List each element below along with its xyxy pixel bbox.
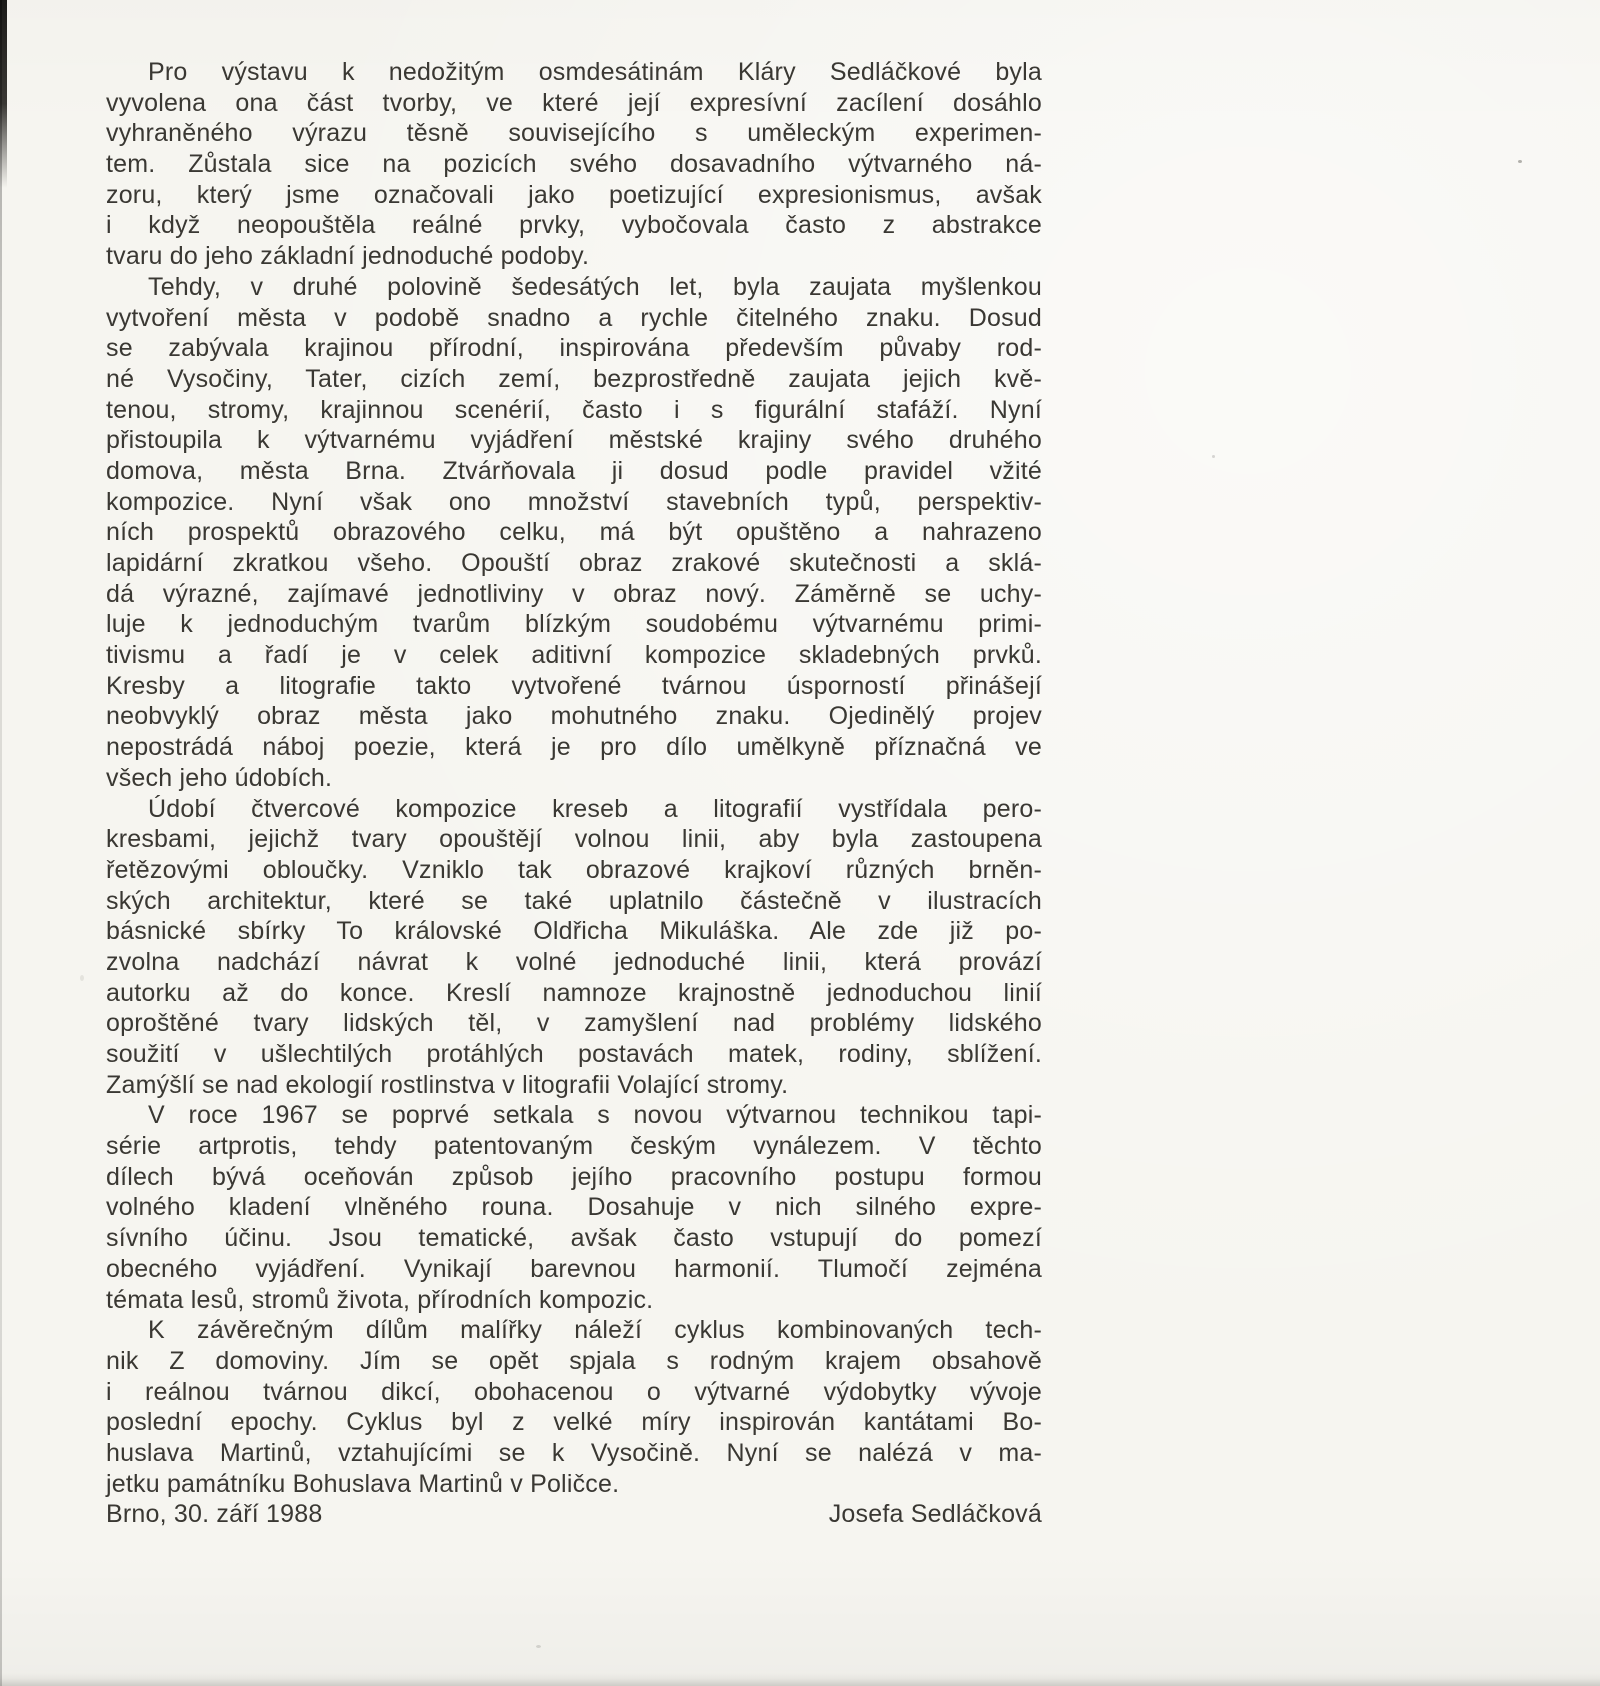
text-line: lapidární zkratkou všeho. Opouští obraz … xyxy=(106,548,1042,579)
text-line: tvaru do jeho základní jednoduché podoby… xyxy=(106,241,1042,272)
text-line: Údobí čtvercové kompozice kreseb a litog… xyxy=(106,794,1042,825)
text-line: vytvoření města v podobě snadno a rychle… xyxy=(106,303,1042,334)
paragraph: K závěrečným dílům malířky náleží cyklus… xyxy=(106,1315,1042,1499)
text-line: i reálnou tvárnou dikcí, obohacenou o vý… xyxy=(106,1377,1042,1408)
text-line: oproštěné tvary lidských těl, v zamyšlen… xyxy=(106,1008,1042,1039)
text-line: básnické sbírky To královské Oldřicha Mi… xyxy=(106,916,1042,947)
text-line: sívního účinu. Jsou tematické, avšak čas… xyxy=(106,1223,1042,1254)
text-line: K závěrečným dílům malířky náleží cyklus… xyxy=(106,1315,1042,1346)
paragraph: Údobí čtvercové kompozice kreseb a litog… xyxy=(106,794,1042,1101)
signature: Josefa Sedláčková xyxy=(829,1499,1042,1530)
text-line: dá výrazné, zajímavé jednotliviny v obra… xyxy=(106,579,1042,610)
text-line: poslední epochy. Cyklus byl z velké míry… xyxy=(106,1407,1042,1438)
text-line: přistoupila k výtvarnému vyjádření městs… xyxy=(106,425,1042,456)
text-line: řetězovými obloučky. Vzniklo tak obrazov… xyxy=(106,855,1042,886)
text-line: série artprotis, tehdy patentovaným česk… xyxy=(106,1131,1042,1162)
text-line: témata lesů, stromů života, přírodních k… xyxy=(106,1285,1042,1316)
text-line: ních prospektů obrazového celku, má být … xyxy=(106,517,1042,548)
paragraph: Tehdy, v druhé polovině šedesátých let, … xyxy=(106,272,1042,794)
text-line: Pro výstavu k nedožitým osmdesátinám Klá… xyxy=(106,57,1042,88)
text-line: Kresby a litografie takto vytvořené tvár… xyxy=(106,671,1042,702)
text-line: volného kladení vlněného rouna. Dosahuje… xyxy=(106,1192,1042,1223)
text-line: nik Z domoviny. Jím se opět spjala s rod… xyxy=(106,1346,1042,1377)
text-line: huslava Martinů, vztahujícími se k Vysoč… xyxy=(106,1438,1042,1469)
paper-speck xyxy=(536,1645,541,1648)
paper-speck xyxy=(80,975,84,981)
scan-left-edge-line xyxy=(0,0,2,1686)
paragraph: V roce 1967 se poprvé setkala s novou vý… xyxy=(106,1100,1042,1315)
text-line: tivismu a řadí je v celek aditivní kompo… xyxy=(106,640,1042,671)
text-line: všech jeho údobích. xyxy=(106,763,1042,794)
text-line: i když neopouštěla reálné prvky, vybočov… xyxy=(106,210,1042,241)
text-line: se zabývala krajinou přírodní, inspirová… xyxy=(106,333,1042,364)
text-line: domova, města Brna. Ztvárňovala ji dosud… xyxy=(106,456,1042,487)
text-line: ských architektur, které se také uplatni… xyxy=(106,886,1042,917)
scanned-page: { "page": { "paper_color": "#f6f5f0", "i… xyxy=(0,0,1600,1686)
footer-line: Brno, 30. září 1988 Josefa Sedláčková xyxy=(106,1499,1042,1530)
scan-bottom-edge-shadow xyxy=(0,1673,1600,1686)
text-line: vyvolena ona část tvorby, ve které její … xyxy=(106,88,1042,119)
text-line: tem. Zůstala sice na pozicích svého dosa… xyxy=(106,149,1042,180)
text-line: vyhraněného výrazu těsně souvisejícího s… xyxy=(106,118,1042,149)
text-line: luje k jednoduchým tvarům blízkým soudob… xyxy=(106,609,1042,640)
text-line: jetku památníku Bohuslava Martinů v Poli… xyxy=(106,1469,1042,1500)
paper-speck xyxy=(1212,455,1215,458)
paragraph: Pro výstavu k nedožitým osmdesátinám Klá… xyxy=(106,57,1042,272)
text-line: né Vysočiny, Tater, cizích zemí, bezpros… xyxy=(106,364,1042,395)
text-line: nepostrádá náboj poezie, která je pro dí… xyxy=(106,732,1042,763)
text-line: Zamýšlí se nad ekologií rostlinstva v li… xyxy=(106,1070,1042,1101)
text-line: zoru, který jsme označovali jako poetizu… xyxy=(106,180,1042,211)
text-line: zvolna nadchází návrat k volné jednoduch… xyxy=(106,947,1042,978)
text-line: obecného vyjádření. Vynikají barevnou ha… xyxy=(106,1254,1042,1285)
text-line: soužití v ušlechtilých protáhlých postav… xyxy=(106,1039,1042,1070)
text-line: dílech bývá oceňován způsob jejího praco… xyxy=(106,1162,1042,1193)
text-line: kresbami, jejichž tvary opouštějí volnou… xyxy=(106,824,1042,855)
text-line: neobvyklý obraz města jako mohutného zna… xyxy=(106,701,1042,732)
text-block: Pro výstavu k nedožitým osmdesátinám Klá… xyxy=(106,57,1042,1530)
text-line: V roce 1967 se poprvé setkala s novou vý… xyxy=(106,1100,1042,1131)
text-line: tenou, stromy, krajinnou scenérií, často… xyxy=(106,395,1042,426)
text-line: Tehdy, v druhé polovině šedesátých let, … xyxy=(106,272,1042,303)
text-line: autorku až do konce. Kreslí namnoze kraj… xyxy=(106,978,1042,1009)
text-line: kompozice. Nyní však ono množství staveb… xyxy=(106,487,1042,518)
paper-speck xyxy=(1518,160,1522,163)
place-date: Brno, 30. září 1988 xyxy=(106,1499,322,1530)
